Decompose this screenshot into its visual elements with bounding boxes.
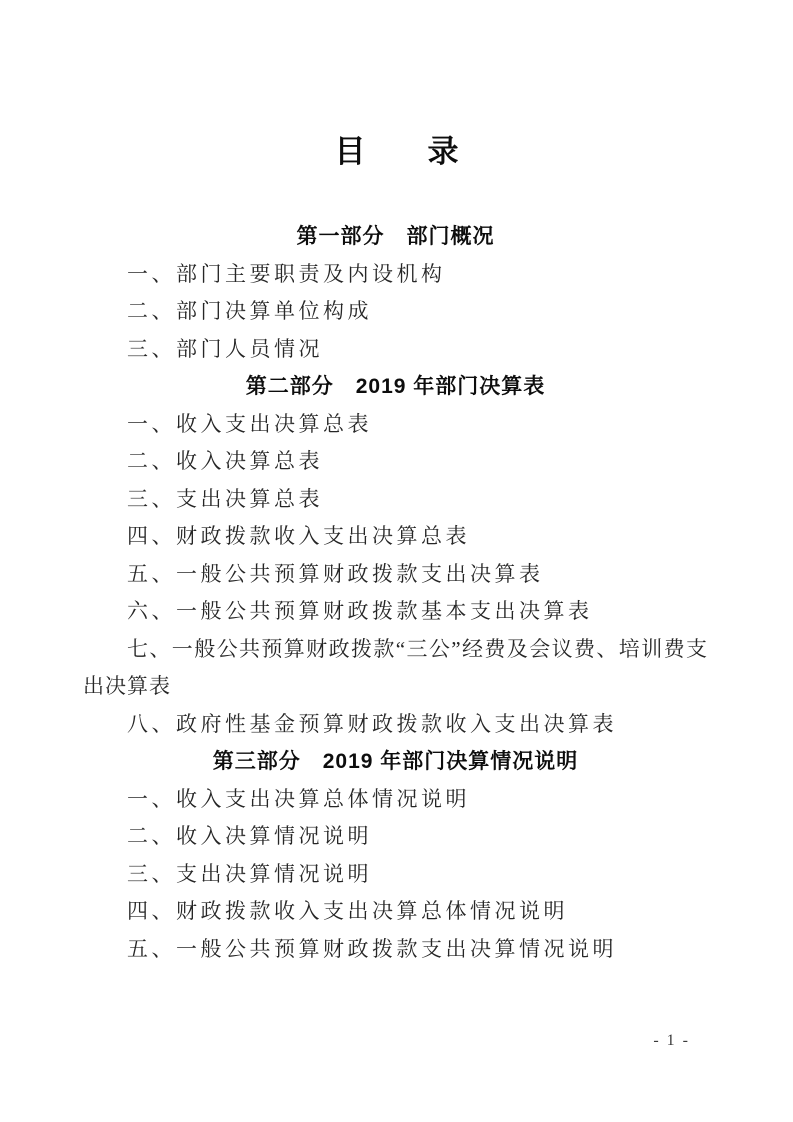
toc-item: 一、收入支出决算总体情况说明 [83, 781, 708, 819]
toc-section-heading: 第二部分 2019 年部门决算表 [83, 368, 708, 406]
toc-item: 一、部门主要职责及内设机构 [83, 256, 708, 294]
toc-item: 三、部门人员情况 [83, 331, 708, 369]
toc-item: 五、一般公共预算财政拨款支出决算表 [83, 556, 708, 594]
document-page: 目 录 第一部分 部门概况 一、部门主要职责及内设机构 二、部门决算单位构成 三… [0, 0, 793, 1122]
toc-section-heading: 第一部分 部门概况 [83, 218, 708, 256]
toc-item: 四、财政拨款收入支出决算总体情况说明 [83, 893, 708, 931]
page-number: - 1 - [653, 1031, 690, 1051]
toc-item: 二、部门决算单位构成 [83, 293, 708, 331]
toc-item: 八、政府性基金预算财政拨款收入支出决算表 [83, 706, 708, 744]
toc-item: 五、一般公共预算财政拨款支出决算情况说明 [83, 931, 708, 969]
toc-item: 四、财政拨款收入支出决算总表 [83, 518, 708, 556]
page-title: 目 录 [0, 134, 793, 170]
toc-item: 六、一般公共预算财政拨款基本支出决算表 [83, 593, 708, 631]
toc-item: 三、支出决算情况说明 [83, 856, 708, 894]
toc-section-heading: 第三部分 2019 年部门决算情况说明 [83, 743, 708, 781]
toc-item: 三、支出决算总表 [83, 481, 708, 519]
toc-item: 一、收入支出决算总表 [83, 406, 708, 444]
toc-item: 七、一般公共预算财政拨款“三公”经费及会议费、培训费支出决算表 [83, 631, 708, 706]
toc-item: 二、收入决算情况说明 [83, 818, 708, 856]
toc-item: 二、收入决算总表 [83, 443, 708, 481]
table-of-contents: 第一部分 部门概况 一、部门主要职责及内设机构 二、部门决算单位构成 三、部门人… [83, 218, 708, 968]
